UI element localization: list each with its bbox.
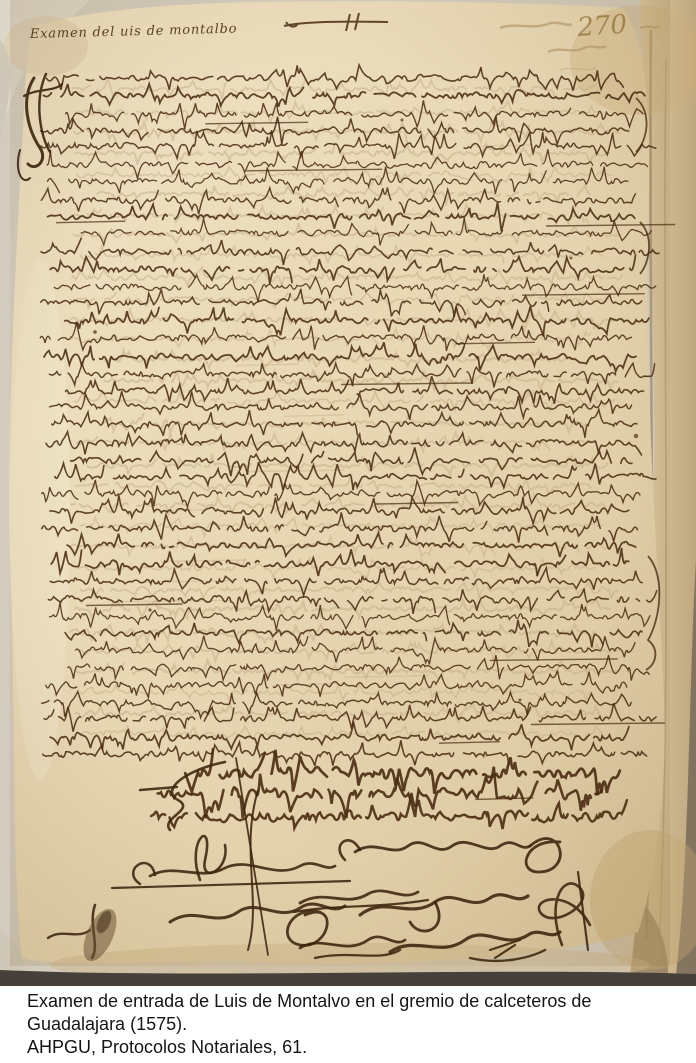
folio-number: 270 xyxy=(575,10,628,43)
caption-line-1: Examen de entrada de Luis de Montalvo en… xyxy=(27,990,686,1013)
caption-line-2: Guadalajara (1575). xyxy=(27,1013,686,1036)
screenshot-root: Examen del uis de montalbo 270 xyxy=(0,0,696,1063)
caption-line-3: AHPGU, Protocolos Notariales, 61. xyxy=(27,1036,686,1059)
manuscript-photo: Examen del uis de montalbo 270 xyxy=(0,0,696,986)
photo-caption: Examen de entrada de Luis de Montalvo en… xyxy=(0,986,696,1063)
